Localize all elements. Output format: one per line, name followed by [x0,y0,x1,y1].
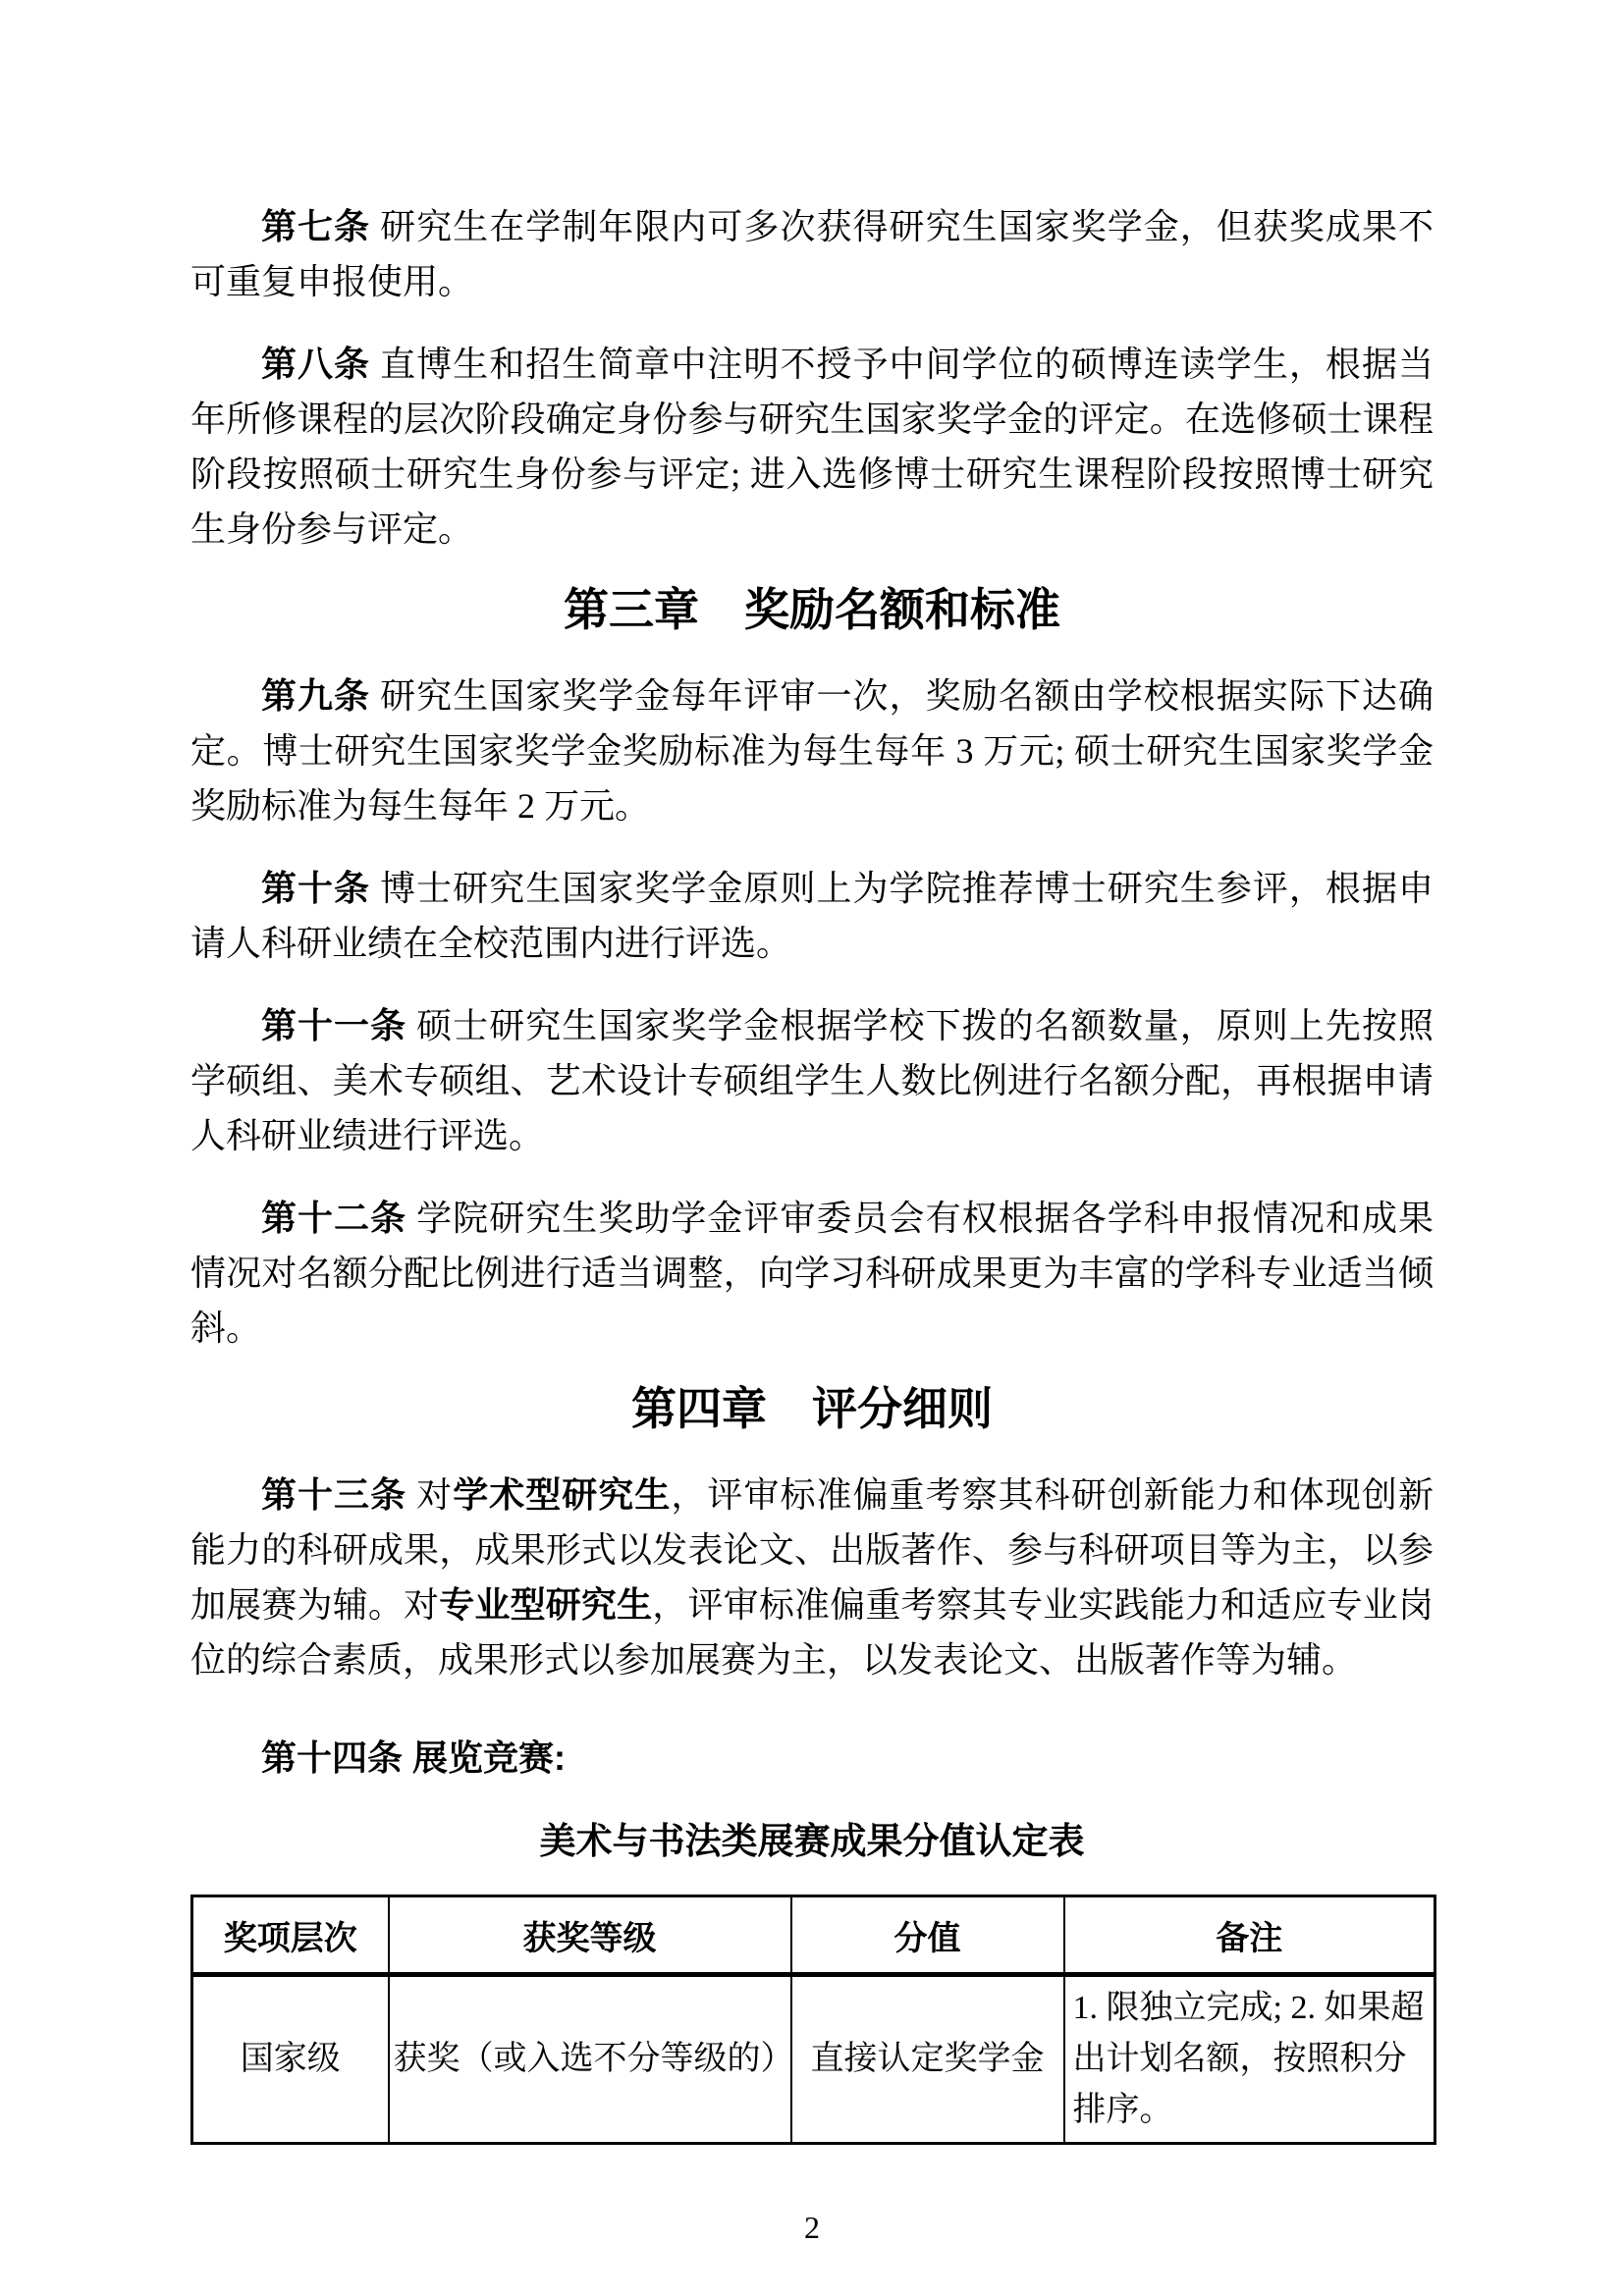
paragraph-line: 生身份参与评定。 [190,502,1434,557]
paragraph-line: 第十四条 展览竞赛: [190,1731,1434,1786]
text-run: 请人科研业绩在全校范围内进行评选。 [190,924,791,963]
paragraph-line: 位的综合素质，成果形式以参加展赛为主，以发表论文、出版著作等为辅。 [190,1632,1434,1687]
paragraph-line: 请人科研业绩在全校范围内进行评选。 [190,916,1434,971]
chapter-heading: 第四章 评分细则 [190,1377,1434,1440]
text-run: 硕士研究生国家奖学金根据学校下拨的名额数量，原则上先按照 [406,1006,1434,1045]
paragraph-line: 第九条 研究生国家奖学金每年评审一次，奖励名额由学校根据实际下达确 [190,668,1434,723]
text-run: 学院研究生奖助学金评审委员会有权根据各学科申报情况和成果 [406,1199,1434,1238]
bold-run: 学术型研究生 [453,1474,671,1515]
body-paragraph: 第十一条 硕士研究生国家奖学金根据学校下拨的名额数量，原则上先按照学硕组、美术专… [190,998,1434,1163]
bold-run: 专业型研究生 [439,1584,652,1625]
table-header-cell: 获奖等级 [389,1896,791,1975]
body-paragraph: 第八条 直博生和招生简章中注明不授予中间学位的硕博连读学生，根据当年所修课程的层… [190,337,1434,557]
paragraph-line: 第八条 直博生和招生简章中注明不授予中间学位的硕博连读学生，根据当 [190,337,1434,392]
paragraph-line: 能力的科研成果，成果形式以发表论文、出版著作、参与科研项目等为主，以参 [190,1522,1434,1577]
score-table: 奖项层次获奖等级分值备注国家级获奖（或入选不分等级的）直接认定奖学金1. 限独立… [190,1895,1436,2145]
text-run: 博士研究生国家奖学金原则上为学院推荐博士研究生参评，根据申 [370,869,1434,908]
table-row: 国家级获奖（或入选不分等级的）直接认定奖学金1. 限独立完成; 2. 如果超出计… [192,1975,1435,2144]
paragraph-line: 第十条 博士研究生国家奖学金原则上为学院推荐博士研究生参评，根据申 [190,861,1434,916]
paragraph-line: 定。博士研究生国家奖学金奖励标准为每生每年 3 万元; 硕士研究生国家奖学金 [190,723,1434,778]
text-run: 对 [406,1475,453,1515]
paragraph-line: 阶段按照硕士研究生身份参与评定; 进入选修博士研究生课程阶段按照博士研究 [190,447,1434,502]
text-run: ，评审标准偏重考察其科研创新能力和体现创新 [671,1475,1434,1515]
bold-run: 第九条 [261,675,370,716]
paragraph-line: 第十三条 对学术型研究生，评审标准偏重考察其科研创新能力和体现创新 [190,1468,1434,1522]
text-run: 能力的科研成果，成果形式以发表论文、出版著作、参与科研项目等为主，以参 [190,1530,1434,1570]
body-paragraph: 第七条 研究生在学制年限内可多次获得研究生国家奖学金，但获奖成果不可重复申报使用… [190,199,1434,309]
bold-run: 第十二条 [261,1198,406,1238]
paragraph-line: 可重复申报使用。 [190,254,1434,309]
paragraph-line: 年所修课程的层次阶段确定身份参与研究生国家奖学金的评定。在选修硕士课程 [190,392,1434,447]
table-header-cell: 备注 [1064,1896,1435,1975]
table-title: 美术与书法类展赛成果分值认定表 [190,1815,1434,1870]
chapter-heading: 第三章 奖励名额和标准 [190,578,1434,641]
table-header-cell: 奖项层次 [192,1896,389,1975]
body-paragraph: 第十条 博士研究生国家奖学金原则上为学院推荐博士研究生参评，根据申请人科研业绩在… [190,861,1434,971]
text-run: 斜。 [190,1308,261,1348]
text-run: 位的综合素质，成果形式以参加展赛为主，以发表论文、出版著作等为辅。 [190,1640,1357,1680]
document-page: 第七条 研究生在学制年限内可多次获得研究生国家奖学金，但获奖成果不可重复申报使用… [0,0,1624,2296]
text-run: 可重复申报使用。 [190,262,473,301]
paragraph-line: 奖励标准为每生每年 2 万元。 [190,778,1434,833]
paragraph-line: 加展赛为辅。对专业型研究生，评审标准偏重考察其专业实践能力和适应专业岗 [190,1577,1434,1632]
table-cell: 国家级 [192,1975,389,2144]
text-run: 直博生和招生简章中注明不授予中间学位的硕博连读学生，根据当 [370,345,1434,384]
text-run: 阶段按照硕士研究生身份参与评定; 进入选修博士研究生课程阶段按照博士研究 [190,454,1434,494]
body-paragraph: 第十三条 对学术型研究生，评审标准偏重考察其科研创新能力和体现创新能力的科研成果… [190,1468,1434,1687]
text-run: 生身份参与评定。 [190,509,473,549]
table-cell: 获奖（或入选不分等级的） [389,1975,791,2144]
page-number: 2 [190,2210,1434,2245]
text-run: 学硕组、美术专硕组、艺术设计专硕组学生人数比例进行名额分配，再根据申请 [190,1061,1434,1100]
bold-run: 第八条 [261,344,370,384]
text-run: 人科研业绩进行评选。 [190,1116,544,1155]
paragraph-line: 情况对名额分配比例进行适当调整，向学习科研成果更为丰富的学科专业适当倾 [190,1246,1434,1301]
text-run: 加展赛为辅。对 [190,1585,439,1625]
bold-run: 第十条 [261,868,370,908]
bold-run: 第十四条 展览竞赛: [261,1737,566,1778]
table-header-cell: 分值 [791,1896,1064,1975]
body-paragraph: 第十二条 学院研究生奖助学金评审委员会有权根据各学科申报情况和成果情况对名额分配… [190,1191,1434,1356]
text-run: ，评审标准偏重考察其专业实践能力和适应专业岗 [652,1585,1434,1625]
text-run: 定。博士研究生国家奖学金奖励标准为每生每年 3 万元; 硕士研究生国家奖学金 [190,731,1434,771]
paragraph-line: 第七条 研究生在学制年限内可多次获得研究生国家奖学金，但获奖成果不 [190,199,1434,254]
bold-run: 第七条 [261,206,370,246]
paragraph-line: 第十一条 硕士研究生国家奖学金根据学校下拨的名额数量，原则上先按照 [190,998,1434,1053]
text-run: 情况对名额分配比例进行适当调整，向学习科研成果更为丰富的学科专业适当倾 [190,1254,1434,1293]
paragraph-line: 人科研业绩进行评选。 [190,1108,1434,1163]
text-run: 年所修课程的层次阶段确定身份参与研究生国家奖学金的评定。在选修硕士课程 [190,400,1434,439]
paragraph-line: 第十二条 学院研究生奖助学金评审委员会有权根据各学科申报情况和成果 [190,1191,1434,1246]
bold-run: 第十一条 [261,1005,406,1045]
bold-run: 第十三条 [261,1474,406,1515]
paragraph-line: 学硕组、美术专硕组、艺术设计专硕组学生人数比例进行名额分配，再根据申请 [190,1053,1434,1108]
text-run: 研究生在学制年限内可多次获得研究生国家奖学金，但获奖成果不 [370,207,1434,246]
table-cell: 直接认定奖学金 [791,1975,1064,2144]
text-run: 奖励标准为每生每年 2 万元。 [190,786,650,826]
table-header-row: 奖项层次获奖等级分值备注 [192,1896,1435,1975]
table-cell: 1. 限独立完成; 2. 如果超出计划名额，按照积分排序。 [1064,1975,1435,2144]
body-paragraph: 第九条 研究生国家奖学金每年评审一次，奖励名额由学校根据实际下达确定。博士研究生… [190,668,1434,833]
body-paragraph: 第十四条 展览竞赛: [190,1731,1434,1786]
paragraph-line: 斜。 [190,1301,1434,1356]
text-run: 研究生国家奖学金每年评审一次，奖励名额由学校根据实际下达确 [370,676,1434,716]
document-body: 第七条 研究生在学制年限内可多次获得研究生国家奖学金，但获奖成果不可重复申报使用… [190,199,1434,2145]
